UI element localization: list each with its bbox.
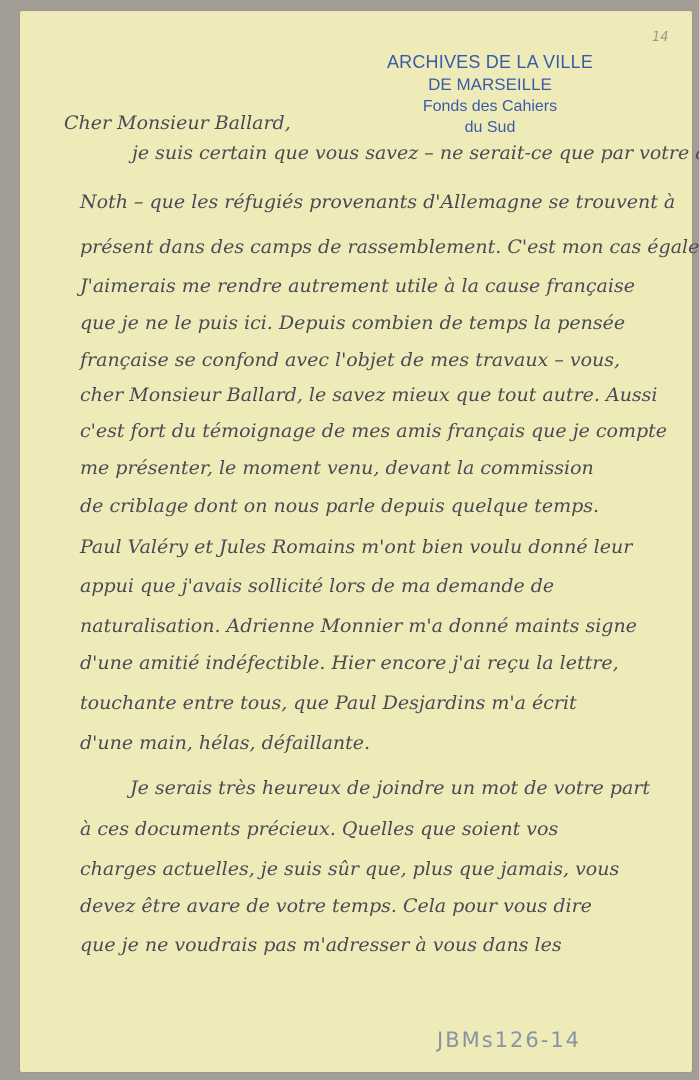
letter-line: d'une amitié indéfectible. Hier encore j… (80, 652, 619, 674)
letter-line: naturalisation. Adrienne Monnier m'a don… (80, 615, 637, 637)
letter-line: d'une main, hélas, défaillante. (80, 732, 370, 754)
letter-line: que je ne le puis ici. Depuis combien de… (80, 312, 625, 334)
letter-line: devez être avare de votre temps. Cela po… (80, 895, 592, 917)
letter-line: touchante entre tous, que Paul Desjardin… (80, 692, 577, 714)
salutation: Cher Monsieur Ballard, (64, 112, 291, 134)
stamp-line-3: Fonds des Cahiers (370, 96, 610, 118)
letter-line: Paul Valéry et Jules Romains m'ont bien … (80, 536, 632, 558)
letter-line: Noth – que les réfugiés provenants d'All… (80, 191, 675, 213)
letter-line: appui que j'avais sollicité lors de ma d… (80, 575, 554, 597)
letter-line: cher Monsieur Ballard, le savez mieux qu… (80, 384, 658, 406)
folio-number: 14 (652, 30, 669, 45)
stamp-line-4: du Sud (370, 118, 610, 138)
letter-line: à ces documents précieux. Quelles que so… (80, 818, 558, 840)
letter-line: que je ne voudrais pas m'adresser à vous… (80, 934, 562, 956)
letter-line: je suis certain que vous savez – ne sera… (132, 142, 699, 164)
call-number: JBMs126-14 (437, 1028, 581, 1052)
letter-line: présent dans des camps de rassemblement.… (80, 236, 699, 258)
letter-line: J'aimerais me rendre autrement utile à l… (80, 275, 635, 297)
letter-line: charges actuelles, je suis sûr que, plus… (80, 858, 619, 880)
archive-stamp: ARCHIVES DE LA VILLE DE MARSEILLE Fonds … (370, 50, 610, 138)
letter-line: c'est fort du témoignage de mes amis fra… (80, 420, 667, 442)
letter-line: me présenter, le moment venu, devant la … (80, 457, 594, 479)
stamp-line-2: DE MARSEILLE (370, 74, 610, 96)
letter-line: Je serais très heureux de joindre un mot… (130, 777, 650, 799)
stamp-line-1: ARCHIVES DE LA VILLE (370, 50, 610, 74)
letter-line: de criblage dont on nous parle depuis qu… (80, 495, 599, 517)
letter-line: française se confond avec l'objet de mes… (80, 349, 620, 371)
